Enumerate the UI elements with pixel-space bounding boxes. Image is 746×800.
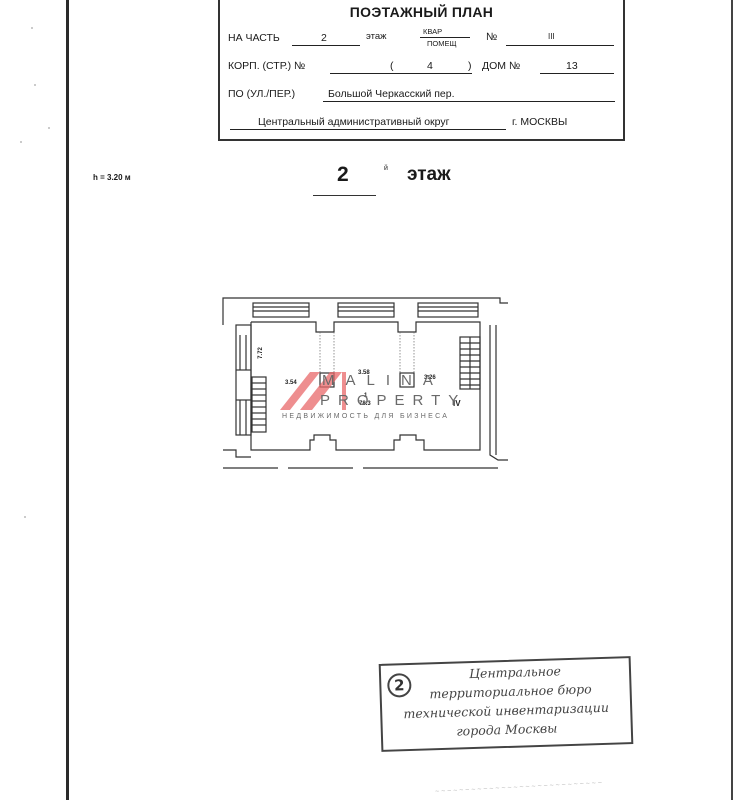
part-value: 2 (321, 32, 327, 44)
fraction-bottom: ПОМЕЩ (427, 39, 457, 48)
floor-number: 2 (337, 163, 349, 187)
fraction-top: КВАР (423, 27, 442, 36)
page-border-right (731, 0, 733, 800)
document-title: ПОЭТАЖНЫЙ ПЛАН (220, 4, 623, 20)
number-underline (506, 45, 614, 46)
city-value: г. МОСКВЫ (512, 116, 567, 128)
page-border-left (66, 0, 69, 800)
building-label: КОРП. (СТР.) № (228, 60, 305, 72)
building-value: 4 (427, 60, 433, 72)
part-underline (292, 45, 360, 46)
house-underline (540, 73, 614, 74)
street-underline (323, 101, 615, 102)
fraction-bar (420, 37, 470, 38)
scan-speck (20, 141, 22, 143)
district-underline (230, 129, 506, 130)
building-close: ) (468, 60, 472, 72)
district-value: Центральный административный округ (258, 116, 449, 128)
street-label: ПО (УЛ./ПЕР.) (228, 88, 295, 100)
floor-underline (313, 195, 376, 196)
stamp-line-4: города Москвы (383, 718, 631, 741)
ceiling-height-note: h = 3.20 м (93, 173, 131, 182)
scan-speck (48, 127, 50, 129)
house-value: 13 (566, 60, 578, 72)
house-label: ДОМ № (482, 60, 520, 72)
scan-speck (31, 27, 33, 29)
part-label: НА ЧАСТЬ (228, 32, 280, 44)
watermark-line2: PROPERTY (320, 392, 466, 409)
floor-word: этаж (366, 31, 387, 42)
label-length: 7.72 (258, 347, 264, 359)
bti-stamp: 2 Центральное территориальное бюро техни… (379, 656, 634, 752)
floor-word: этаж (407, 164, 451, 186)
number-value: III (548, 32, 555, 41)
faint-scan-text: ~ ~ ~ ~ ~ ~ ~ ~ ~ ~ ~ ~ ~ ~ ~ ~ ~ ~ ~ ~ … (435, 775, 685, 798)
building-open: ( (390, 60, 394, 72)
title-block: ПОЭТАЖНЫЙ ПЛАН НА ЧАСТЬ 2 этаж КВАР ПОМЕ… (218, 0, 625, 141)
building-underline (330, 73, 472, 74)
number-label: № (486, 31, 497, 43)
scan-speck (24, 516, 26, 518)
scan-speck (34, 84, 36, 86)
street-value: Большой Черкасский пер. (328, 88, 455, 100)
watermark-line1: MALINA (322, 372, 444, 389)
floor-suffix: й (384, 165, 388, 172)
watermark-tagline: НЕДВИЖИМОСТЬ ДЛЯ БИЗНЕСА (282, 413, 449, 420)
